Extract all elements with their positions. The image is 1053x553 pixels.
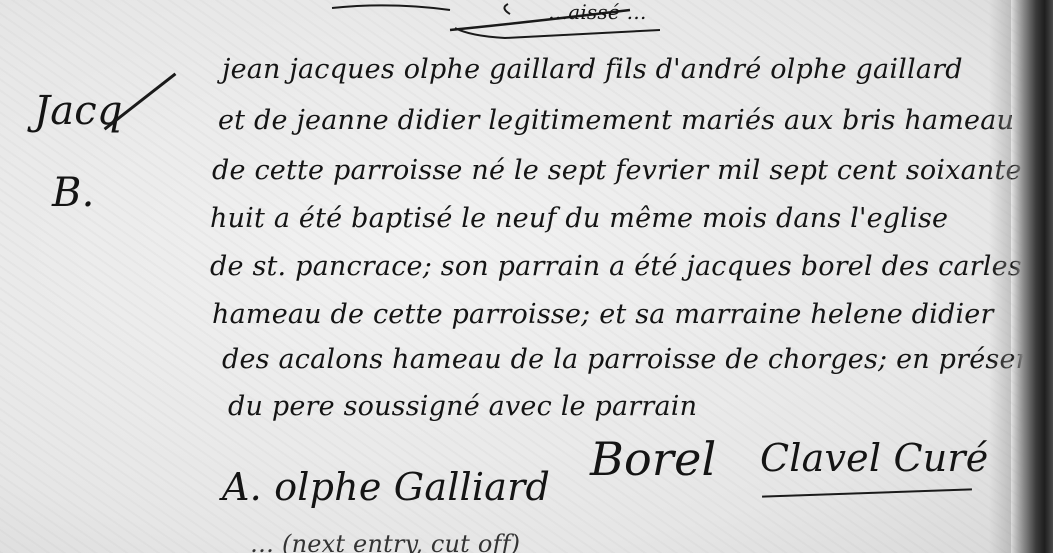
entry-line-4: huit a été baptisé le neuf du même mois … — [210, 204, 948, 234]
page-fold-shadow — [989, 0, 1011, 553]
scanned-register-page: …aissé … Jacq B. jean jacques olphe gail… — [0, 0, 1053, 553]
entry-line-1: jean jacques olphe gaillard fils d'andré… — [222, 55, 963, 85]
next-entry-fragment: … (next entry, cut off) — [250, 530, 520, 553]
entry-line-6: hameau de cette parroisse; et sa marrain… — [212, 300, 994, 330]
signature-father: A. olphe Galliard — [222, 465, 550, 509]
signature-priest: Clavel Curé — [760, 436, 988, 480]
signature-godfather: Borel — [590, 432, 716, 486]
entry-line-2: et de jeanne didier legitimement mariés … — [218, 106, 1014, 136]
entry-line-3: de cette parroisse né le sept fevrier mi… — [212, 156, 1022, 186]
entry-line-7: des acalons hameau de la parroisse de ch… — [222, 345, 1053, 375]
entry-line-8: du pere soussigné avec le parrain — [228, 392, 697, 422]
top-fragment-text: …aissé … — [548, 0, 647, 24]
signature-underline — [762, 488, 972, 497]
book-binding-edge — [1011, 0, 1053, 553]
margin-baptism-mark: B. — [52, 170, 95, 216]
entry-line-5: de st. pancrace; son parrain a été jacqu… — [210, 252, 1022, 282]
